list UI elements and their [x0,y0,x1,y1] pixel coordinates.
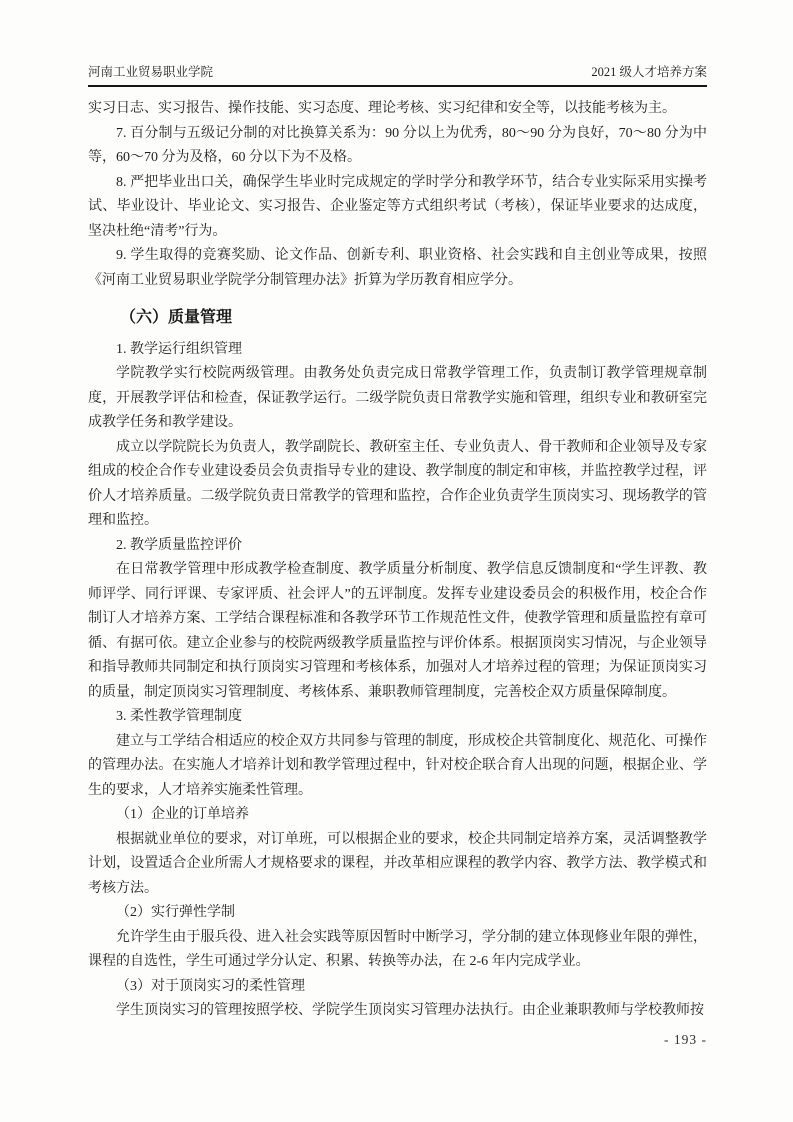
body-paragraph: 允许学生由于服兵役、进入社会实践等原因暂时中断学习，学分制的建立体现修业年限的弹… [88,926,707,975]
header-doc-title: 2021 级人才培养方案 [591,62,707,80]
body-paragraph-continuation: 实习日志、实习报告、操作技能、实习态度、理论考核、实习纪律和安全等，以技能考核为… [88,97,707,122]
sub-heading: 2. 教学质量监控评价 [88,534,707,559]
sub-heading: 3. 柔性教学管理制度 [88,705,707,730]
document-body: 实习日志、实习报告、操作技能、实习态度、理论考核、实习纪律和安全等，以技能考核为… [88,97,707,1024]
body-paragraph: 学院教学实行校院两级管理。由教务处负责完成日常教学管理工作，负责制订教学管理规章… [88,362,707,436]
sub-heading: （1）企业的订单培养 [88,803,707,828]
body-paragraph: 成立以学院院长为负责人，教学副院长、教研室主任、专业负责人、骨干教师和企业领导及… [88,436,707,534]
sub-heading: （3）对于顶岗实习的柔性管理 [88,975,707,1000]
body-paragraph: 学生顶岗实习的管理按照学校、学院学生顶岗实习管理办法执行。由企业兼职教师与学校教… [88,999,707,1024]
body-paragraph: 8. 严把毕业出口关，确保学生毕业时完成规定的学时学分和教学环节，结合专业实际采… [88,171,707,245]
sub-heading: （2）实行弹性学制 [88,901,707,926]
page-number: - 193 - [664,1032,707,1048]
body-paragraph: 9. 学生取得的竞赛奖励、论文作品、创新专利、职业资格、社会实践和自主创业等成果… [88,244,707,293]
section-heading-quality-management: （六）质量管理 [88,306,707,331]
body-paragraph: 7. 百分制与五级记分制的对比换算关系为：90 分以上为优秀，80～90 分为良… [88,122,707,171]
body-paragraph: 在日常教学管理中形成教学检查制度、教学质量分析制度、教学信息反馈制度和“学生评教… [88,558,707,705]
body-paragraph: 根据就业单位的要求，对订单班，可以根据企业的要求，校企共同制定培养方案，灵活调整… [88,828,707,902]
document-page: 河南工业贸易职业学院 2021 级人才培养方案 实习日志、实习报告、操作技能、实… [0,0,793,1122]
sub-heading: 1. 教学运行组织管理 [88,338,707,363]
body-paragraph: 建立与工学结合相适应的校企双方共同参与管理的制度，形成校企共管制度化、规范化、可… [88,730,707,804]
page-header: 河南工业贸易职业学院 2021 级人才培养方案 [88,62,707,87]
header-school-name: 河南工业贸易职业学院 [88,62,213,80]
